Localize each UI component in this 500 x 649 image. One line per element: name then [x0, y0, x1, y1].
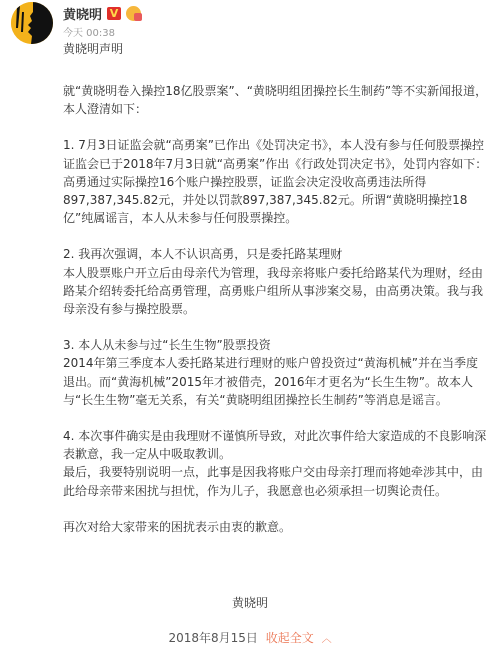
closing-paragraph: 再次对给大家带来的困扰表示由衷的歉意。 [63, 518, 488, 536]
section-3-text: 2014年第三季度本人委托路某进行理财的账户曾投资过“黄海机械”并在当季度退出。… [63, 354, 488, 409]
chevron-up-icon[interactable]: ︿ [322, 634, 332, 645]
signature: 黄晓明 [0, 594, 500, 611]
section-4-text: 最后，我要特别说明一点，此事是因我将账户交由母亲打理而将她牵涉其中，由此给母亲带… [63, 463, 488, 499]
collapse-full-text-link[interactable]: 收起全文 [266, 631, 314, 645]
verified-badge-icon: V [107, 7, 121, 20]
section-4-heading: 4. 本次事件确实是由我理财不谨慎所导致，对此次事件给大家造成的不良影响深表歉意… [63, 427, 488, 463]
section-1-text: 证监会已于2018年7月3日就“高勇案”作出《行政处罚决定书》，处罚内容如下：高… [63, 155, 488, 228]
member-level-icon [126, 6, 141, 21]
avatar-silhouette-icon [11, 2, 53, 44]
section-1-heading: 1. 7月3日证监会就“高勇案”已作出《处罚决定书》，本人没有参与任何股票操控 [63, 136, 488, 154]
post-timestamp[interactable]: 今天 00:38 [63, 24, 115, 39]
intro-paragraph: 就“黄晓明卷入操控18亿股票案”、“黄晓明组团操控长生制药”等不实新闻报道，本人… [63, 82, 488, 118]
post-title: 黄晓明声明 [63, 40, 123, 57]
author-row: 黄晓明 V [63, 4, 141, 22]
section-2-heading: 2. 我再次强调，本人不认识高勇，只是委托路某理财 [63, 245, 488, 263]
author-name[interactable]: 黄晓明 [63, 4, 102, 23]
post-body: 就“黄晓明卷入操控18亿股票案”、“黄晓明组团操控长生制药”等不实新闻报道，本人… [63, 82, 488, 536]
avatar[interactable] [11, 2, 53, 44]
section-2-text: 本人股票账户开立后由母亲代为管理，我母亲将账户委托给路某代为理财，经由路某介绍转… [63, 264, 488, 319]
statement-date: 2018年8月15日 [168, 631, 257, 645]
section-3-heading: 3. 本人从未参与过“长生生物”股票投资 [63, 336, 488, 354]
post-footer: 2018年8月15日 收起全文 ︿ [0, 629, 500, 646]
